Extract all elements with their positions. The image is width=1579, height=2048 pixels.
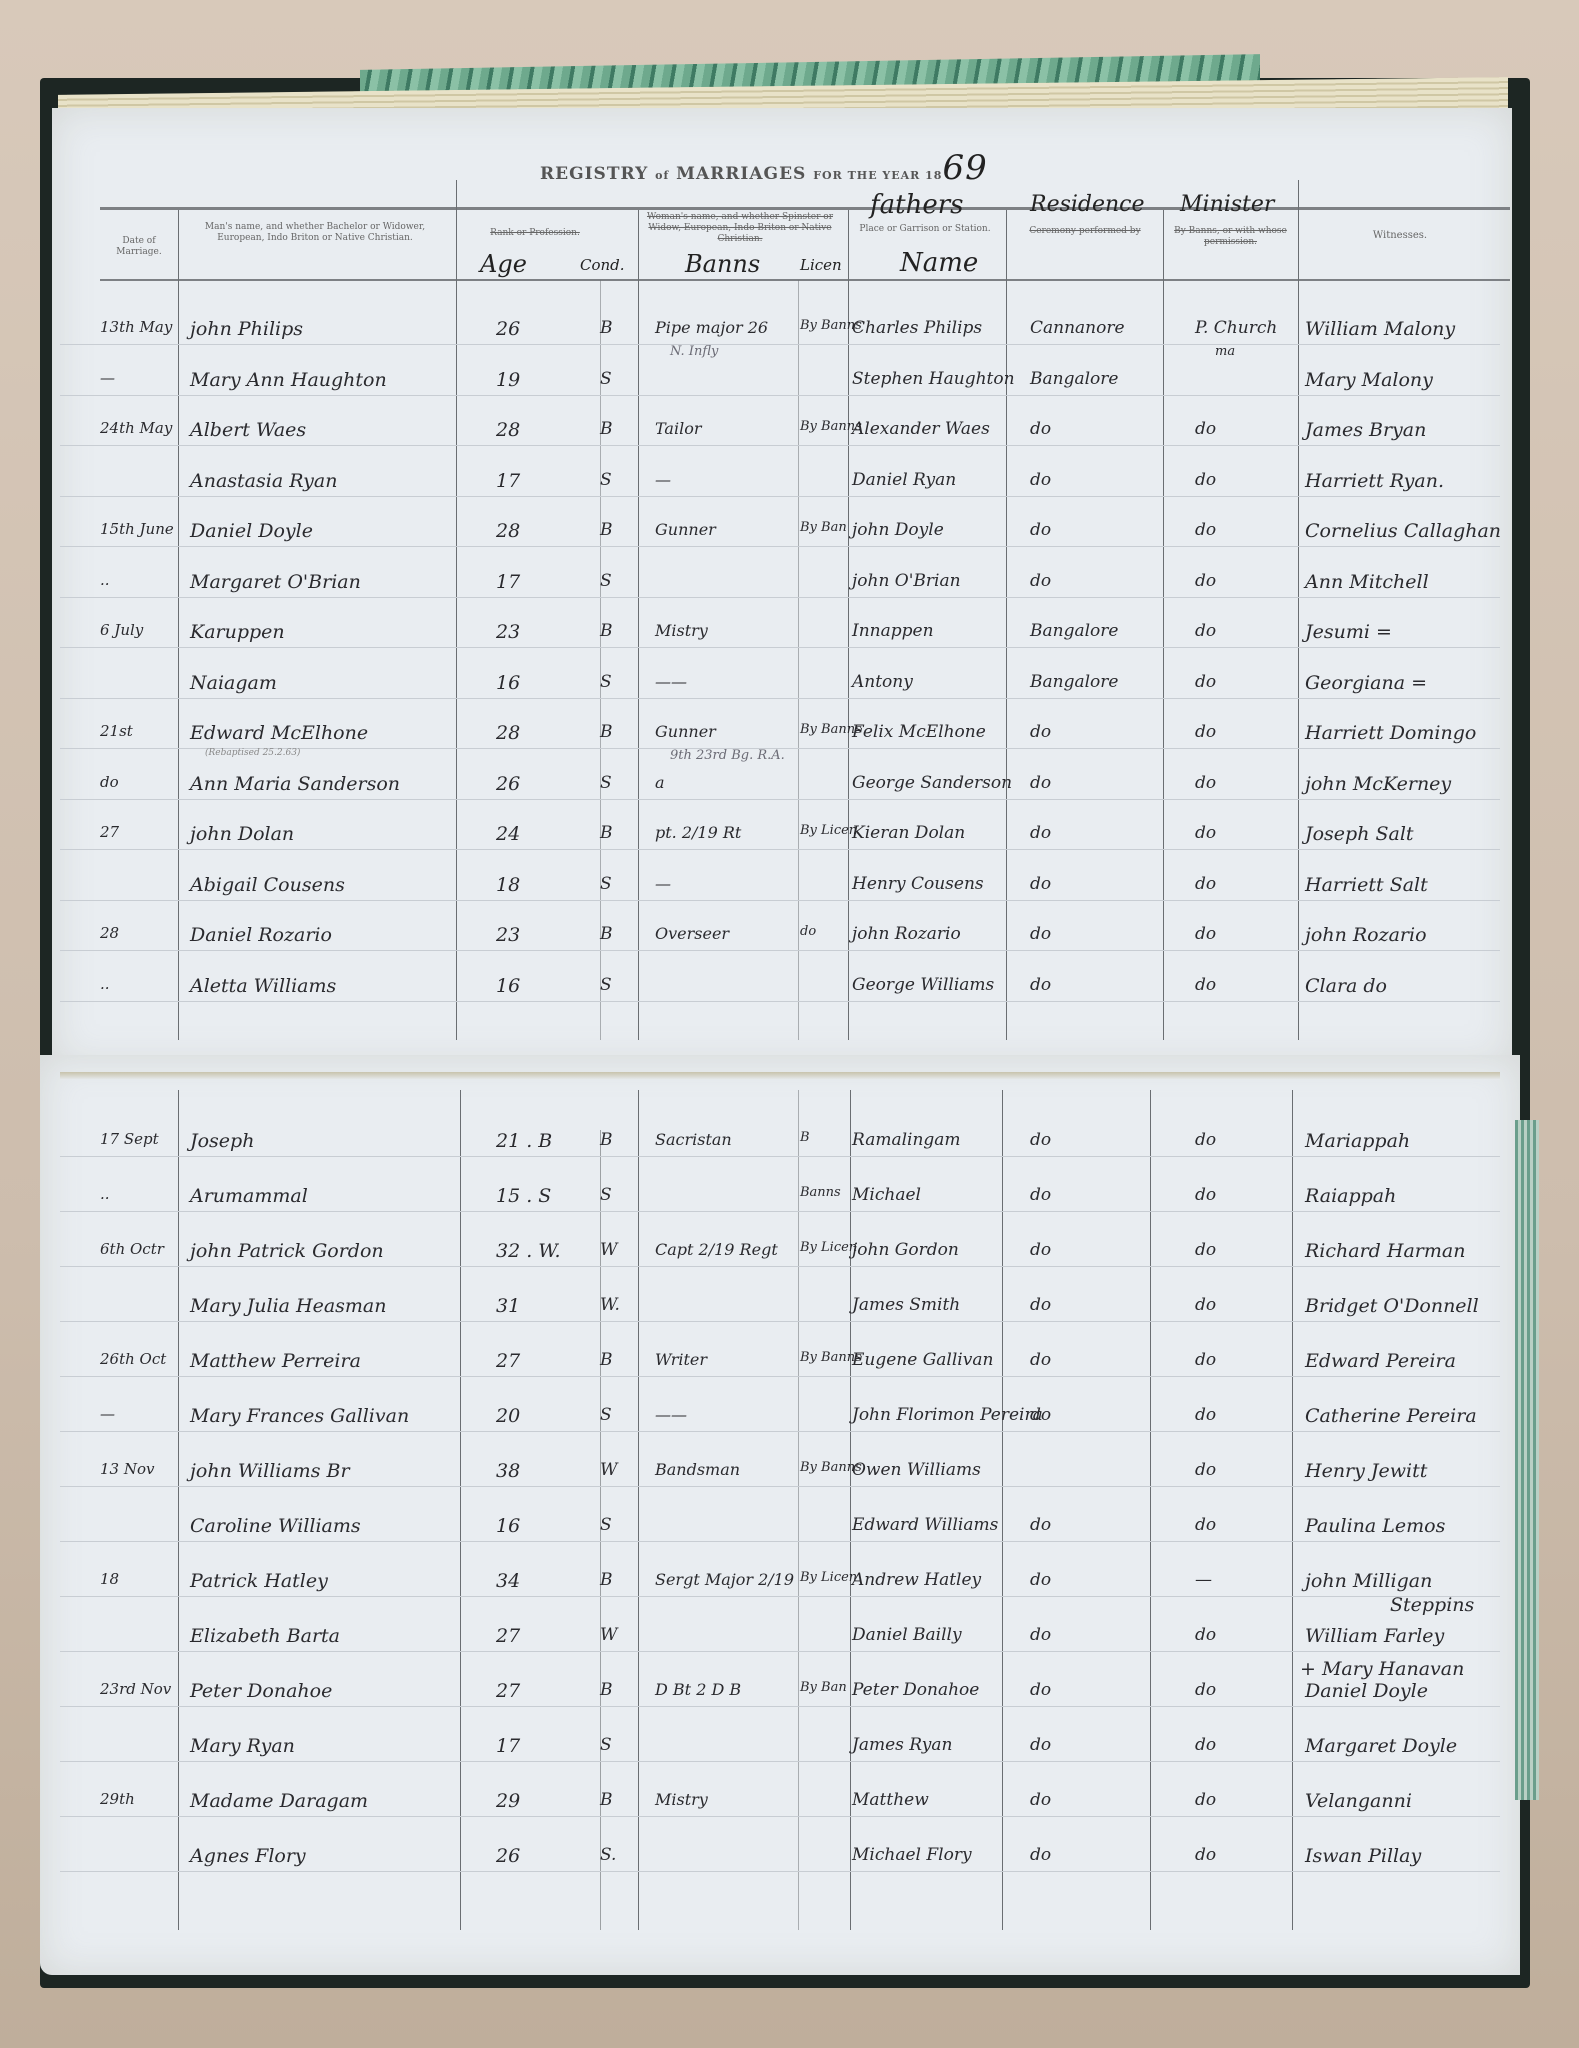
entry-min: do bbox=[1195, 823, 1216, 843]
entry-age: 38 bbox=[496, 1460, 520, 1482]
entry-wit: Richard Harman bbox=[1305, 1240, 1465, 1262]
title-year-handwritten: 69 bbox=[942, 148, 987, 188]
entry-name: Patrick Hatley bbox=[190, 1570, 328, 1592]
header-womans-name: Woman's name, and whether Spinster or Wi… bbox=[640, 212, 840, 245]
entry-witness-above: + Mary Hanavan bbox=[1300, 1658, 1464, 1680]
entry-father: john Gordon bbox=[852, 1240, 959, 1260]
ruled-line bbox=[60, 698, 1500, 699]
entry-min: do bbox=[1195, 419, 1216, 439]
ruled-line bbox=[60, 496, 1500, 497]
entry-age: 18 bbox=[496, 874, 520, 896]
entry-father: Edward Williams bbox=[852, 1515, 998, 1535]
entry-cond: B bbox=[600, 722, 613, 742]
col-line bbox=[848, 210, 849, 1040]
entry-cond: W bbox=[600, 1460, 617, 1480]
entry-date: 17 Sept bbox=[100, 1130, 159, 1148]
page-fold-shadow bbox=[60, 1072, 1500, 1080]
entry-wit: William Farley bbox=[1305, 1625, 1444, 1647]
entry-name: Naiagam bbox=[190, 672, 277, 694]
entry-age: 26 bbox=[496, 1845, 520, 1867]
entry-prof: Sacristan bbox=[655, 1130, 732, 1149]
entry-banns: By Licen bbox=[800, 1570, 857, 1585]
entry-min: do bbox=[1195, 773, 1216, 793]
entry-min: do bbox=[1195, 975, 1216, 995]
ruled-line bbox=[60, 395, 1500, 396]
entry-res: do bbox=[1030, 1185, 1051, 1205]
entry-res: do bbox=[1030, 520, 1051, 540]
entry-father: Stephen Haughton bbox=[852, 369, 1015, 389]
entry-prof: Tailor bbox=[655, 419, 701, 438]
entry-name: Elizabeth Barta bbox=[190, 1625, 340, 1647]
entry-name: john Williams Br bbox=[190, 1460, 350, 1482]
entry-res: Bangalore bbox=[1030, 621, 1118, 641]
title-of: of bbox=[655, 169, 669, 182]
entry-cond: B bbox=[600, 1130, 613, 1150]
ruled-line bbox=[60, 1871, 1500, 1872]
entry-cond: S bbox=[600, 470, 612, 490]
entry-name: john Dolan bbox=[190, 823, 294, 845]
header-ceremony-performed-by: Ceremony performed by bbox=[1010, 226, 1160, 237]
entry-res: do bbox=[1030, 874, 1051, 894]
entry-min: do bbox=[1195, 1185, 1216, 1205]
entry-prof: Overseer bbox=[655, 924, 729, 943]
entry-father: Ramalingam bbox=[852, 1130, 961, 1150]
entry-name: Madame Daragam bbox=[190, 1790, 368, 1812]
entry-father: Matthew bbox=[852, 1790, 929, 1810]
entry-age: 23 bbox=[496, 621, 520, 643]
entry-name: Margaret O'Brian bbox=[190, 571, 361, 593]
entry-cond: B bbox=[600, 1350, 613, 1370]
entry-res: do bbox=[1030, 1130, 1051, 1150]
entry-res: do bbox=[1030, 571, 1051, 591]
entry-res: do bbox=[1030, 1515, 1051, 1535]
ruled-line bbox=[60, 1706, 1500, 1707]
entry-name: Mary Ann Haughton bbox=[190, 369, 387, 391]
entry-res: do bbox=[1030, 1790, 1051, 1810]
entry-age: 28 bbox=[496, 419, 520, 441]
entry-prof-note: 9th 23rd Bg. R.A. bbox=[670, 748, 785, 763]
ruled-line bbox=[60, 1596, 1500, 1597]
entry-prof: Writer bbox=[655, 1350, 707, 1369]
entry-father: Michael bbox=[852, 1185, 921, 1205]
entry-age: 32 . W. bbox=[496, 1240, 561, 1262]
entry-min: do bbox=[1195, 1845, 1216, 1865]
entry-wit: Margaret Doyle bbox=[1305, 1735, 1457, 1757]
entry-name: john Philips bbox=[190, 318, 303, 340]
entry-wit: William Malony bbox=[1305, 318, 1455, 340]
entry-rebaptised-note: (Rebaptised 25.2.63) bbox=[205, 748, 300, 758]
entry-name: Agnes Flory bbox=[190, 1845, 306, 1867]
entry-wit: Catherine Pereira bbox=[1305, 1405, 1477, 1427]
entry-prof: a bbox=[655, 773, 665, 792]
entry-age: 34 bbox=[496, 1570, 520, 1592]
col-line bbox=[456, 180, 457, 1040]
entry-res: Bangalore bbox=[1030, 369, 1118, 389]
col-line bbox=[460, 1090, 461, 1930]
entry-father: john O'Brian bbox=[852, 571, 961, 591]
entry-father: George Williams bbox=[852, 975, 994, 995]
entry-cond: S bbox=[600, 1185, 612, 1205]
entry-date: — bbox=[100, 1405, 115, 1423]
entry-min: P. Church bbox=[1195, 318, 1277, 338]
entry-res: do bbox=[1030, 823, 1051, 843]
entry-name: Caroline Williams bbox=[190, 1515, 361, 1537]
entry-min: do bbox=[1195, 1130, 1216, 1150]
register-title: REGISTRY of MARRIAGES FOR THE YEAR 1869 bbox=[540, 148, 988, 188]
entry-father: Antony bbox=[852, 672, 913, 692]
entry-res: do bbox=[1030, 924, 1051, 944]
entry-prof-note: N. Infly bbox=[670, 344, 718, 359]
entry-age: 27 bbox=[496, 1350, 520, 1372]
entry-father: George Sanderson bbox=[852, 773, 1012, 793]
entry-banns: B bbox=[800, 1130, 810, 1145]
entry-cond: S bbox=[600, 672, 612, 692]
ruled-line bbox=[60, 1211, 1500, 1212]
entry-age: 15 . S bbox=[496, 1185, 551, 1207]
entry-name: Mary Frances Gallivan bbox=[190, 1405, 409, 1427]
entry-date: .. bbox=[100, 571, 110, 589]
entry-res: do bbox=[1030, 1735, 1051, 1755]
entry-father: Daniel Ryan bbox=[852, 470, 956, 490]
entry-cond: B bbox=[600, 419, 613, 439]
header-name-handwritten: Name bbox=[900, 248, 978, 278]
entry-father: Innappen bbox=[852, 621, 934, 641]
ruled-line bbox=[60, 546, 1500, 547]
entry-min: do bbox=[1195, 621, 1216, 641]
entry-age: 28 bbox=[496, 722, 520, 744]
entry-date: 13th May bbox=[100, 318, 172, 336]
entry-name: Peter Donahoe bbox=[190, 1680, 332, 1702]
entry-wit: Mariappah bbox=[1305, 1130, 1410, 1152]
entry-min: do bbox=[1195, 924, 1216, 944]
entry-wit: James Bryan bbox=[1305, 419, 1426, 441]
entry-name: Mary Ryan bbox=[190, 1735, 295, 1757]
entry-prof: D Bt 2 D B bbox=[655, 1680, 741, 1699]
col-line bbox=[798, 1090, 799, 1930]
entry-res: do bbox=[1030, 1295, 1051, 1315]
entry-min: do bbox=[1195, 1240, 1216, 1260]
entry-name: Karuppen bbox=[190, 621, 285, 643]
entry-res: do bbox=[1030, 975, 1051, 995]
entry-age: 27 bbox=[496, 1625, 520, 1647]
entry-res: do bbox=[1030, 1350, 1051, 1370]
entry-father: John Florimon Pereira bbox=[852, 1405, 1043, 1425]
entry-cond: B bbox=[600, 1790, 613, 1810]
header-residence-handwritten: Residence bbox=[1030, 192, 1145, 217]
entry-name: Arumammal bbox=[190, 1185, 308, 1207]
entry-wit: john Rozario bbox=[1305, 924, 1427, 946]
entry-age: 17 bbox=[496, 571, 520, 593]
entry-wit: john Milligan bbox=[1305, 1570, 1432, 1592]
entry-min: do bbox=[1195, 1405, 1216, 1425]
entry-age: 20 bbox=[496, 1405, 520, 1427]
entry-res: do bbox=[1030, 773, 1051, 793]
col-line bbox=[850, 1090, 851, 1930]
entry-father: john Doyle bbox=[852, 520, 944, 540]
ruled-line bbox=[60, 1431, 1500, 1432]
entry-cond: B bbox=[600, 1680, 613, 1700]
entry-prof: —— bbox=[655, 672, 687, 691]
entry-age: 16 bbox=[496, 672, 520, 694]
entry-age: 16 bbox=[496, 1515, 520, 1537]
entry-prof: Capt 2/19 Regt bbox=[655, 1240, 778, 1259]
entry-age: 19 bbox=[496, 369, 520, 391]
title-marriages: MARRIAGES bbox=[676, 164, 806, 184]
entry-res: do bbox=[1030, 1570, 1051, 1590]
entry-age: 26 bbox=[496, 773, 520, 795]
entry-wit: Joseph Salt bbox=[1305, 823, 1414, 845]
header-mans-name: Man's name, and whether Bachelor or Wido… bbox=[185, 222, 445, 244]
entry-cond: B bbox=[600, 621, 613, 641]
entry-date: 21st bbox=[100, 722, 133, 740]
entry-res: do bbox=[1030, 1240, 1051, 1260]
entry-min: do bbox=[1195, 1790, 1216, 1810]
entry-age: 23 bbox=[496, 924, 520, 946]
entry-minister-note: ma bbox=[1215, 344, 1235, 359]
entry-cond: S. bbox=[600, 1845, 616, 1865]
entry-wit: Daniel Doyle bbox=[1305, 1680, 1428, 1702]
entry-name: Mary Julia Heasman bbox=[190, 1295, 387, 1317]
col-line bbox=[1292, 1090, 1293, 1930]
entry-age: 29 bbox=[496, 1790, 520, 1812]
entry-date: 6 July bbox=[100, 621, 143, 639]
entry-date: .. bbox=[100, 1185, 110, 1203]
entry-cond: B bbox=[600, 520, 613, 540]
entry-date: do bbox=[100, 773, 119, 791]
entry-cond: S bbox=[600, 874, 612, 894]
entry-cond: S bbox=[600, 773, 612, 793]
entry-min: do bbox=[1195, 672, 1216, 692]
entry-wit: Mary Malony bbox=[1305, 369, 1433, 391]
entry-res: do bbox=[1030, 419, 1051, 439]
entry-wit: Raiappah bbox=[1305, 1185, 1396, 1207]
col-line bbox=[178, 210, 179, 1040]
ruled-line bbox=[60, 1816, 1500, 1817]
entry-cond: B bbox=[600, 318, 613, 338]
entry-prof: pt. 2/19 Rt bbox=[655, 823, 741, 842]
entry-res: do bbox=[1030, 1680, 1051, 1700]
entry-wit: Clara do bbox=[1305, 975, 1387, 997]
entry-date: 15th June bbox=[100, 520, 174, 538]
entry-name: Anastasia Ryan bbox=[190, 470, 337, 492]
title-for-the-year: FOR THE YEAR 18 bbox=[813, 169, 942, 182]
entry-father: Felix McElhone bbox=[852, 722, 986, 742]
entry-date: 27 bbox=[100, 823, 119, 841]
entry-res: do bbox=[1030, 1405, 1051, 1425]
entry-wit: Harriett Ryan. bbox=[1305, 470, 1444, 492]
col-line bbox=[638, 210, 639, 1040]
header-by-banns: By Banns, or with whose permission. bbox=[1168, 226, 1293, 248]
entry-min: do bbox=[1195, 1295, 1216, 1315]
entry-wit: Jesumi = bbox=[1305, 621, 1392, 643]
entry-name: Joseph bbox=[190, 1130, 254, 1152]
entry-prof: — bbox=[655, 470, 671, 489]
entry-prof: Gunner bbox=[655, 520, 716, 539]
header-place-garrison: Place or Garrison or Station. bbox=[855, 224, 995, 235]
col-line bbox=[1006, 210, 1007, 1040]
entry-banns: By Ban bbox=[800, 520, 847, 535]
entry-age: 17 bbox=[496, 1735, 520, 1757]
entry-min: do bbox=[1195, 470, 1216, 490]
entry-father: Daniel Bailly bbox=[852, 1625, 962, 1645]
entry-age: 31 bbox=[496, 1295, 520, 1317]
header-age-handwritten: Age bbox=[480, 250, 527, 278]
entry-min: do bbox=[1195, 1350, 1216, 1370]
ruled-line bbox=[60, 1541, 1500, 1542]
entry-date: 23rd Nov bbox=[100, 1680, 171, 1698]
entry-wit: Bridget O'Donnell bbox=[1305, 1295, 1479, 1317]
ruled-line bbox=[60, 1486, 1500, 1487]
entry-prof: Mistry bbox=[655, 1790, 708, 1809]
ruled-line bbox=[60, 647, 1500, 648]
entry-min: do bbox=[1195, 1735, 1216, 1755]
ruled-line bbox=[60, 1376, 1500, 1377]
entry-date: 18 bbox=[100, 1570, 119, 1588]
entry-banns: By Ban bbox=[800, 1680, 847, 1695]
entry-name: Albert Waes bbox=[190, 419, 306, 441]
entry-date: 26th Oct bbox=[100, 1350, 166, 1368]
entry-cond: B bbox=[600, 823, 613, 843]
entry-date: — bbox=[100, 369, 115, 387]
entry-res: Bangalore bbox=[1030, 672, 1118, 692]
entry-age: 16 bbox=[496, 975, 520, 997]
ruled-line bbox=[60, 1266, 1500, 1267]
entry-prof: Gunner bbox=[655, 722, 716, 741]
col-line bbox=[1150, 1090, 1151, 1930]
entry-min: — bbox=[1195, 1570, 1212, 1590]
col-line bbox=[638, 1090, 639, 1930]
entry-min: do bbox=[1195, 874, 1216, 894]
entry-banns: do bbox=[800, 924, 816, 939]
title-registry: REGISTRY bbox=[540, 164, 648, 184]
entry-wit: Cornelius Callaghan bbox=[1305, 520, 1501, 542]
entry-res: do bbox=[1030, 470, 1051, 490]
entry-father: James Ryan bbox=[852, 1735, 952, 1755]
entry-cond: W bbox=[600, 1625, 617, 1645]
header-rank-profession: Rank or Profession. bbox=[460, 228, 610, 239]
entry-wit: Ann Mitchell bbox=[1305, 571, 1429, 593]
entry-wit: Iswan Pillay bbox=[1305, 1845, 1421, 1867]
col-line bbox=[1163, 210, 1164, 1040]
entry-age: 27 bbox=[496, 1680, 520, 1702]
entry-witness-2: Steppins bbox=[1390, 1594, 1474, 1616]
entry-min: do bbox=[1195, 520, 1216, 540]
entry-name: Daniel Rozario bbox=[190, 924, 332, 946]
ruled-line bbox=[60, 900, 1500, 901]
entry-prof: —— bbox=[655, 1405, 687, 1424]
entry-date: 6th Octr bbox=[100, 1240, 164, 1258]
header-witnesses: Witnesses. bbox=[1300, 230, 1500, 241]
entry-wit: Harriett Salt bbox=[1305, 874, 1428, 896]
entry-min: do bbox=[1195, 1625, 1216, 1645]
entry-cond: S bbox=[600, 571, 612, 591]
entry-father: john Rozario bbox=[852, 924, 961, 944]
entry-res: Cannanore bbox=[1030, 318, 1125, 338]
entry-father: Peter Donahoe bbox=[852, 1680, 979, 1700]
entry-res: do bbox=[1030, 1845, 1051, 1865]
entry-name: john Patrick Gordon bbox=[190, 1240, 384, 1262]
marbled-spine bbox=[1515, 1120, 1539, 1800]
header-date-of-marriage: Date of Marriage. bbox=[100, 236, 178, 258]
entry-father: Alexander Waes bbox=[852, 419, 990, 439]
ruled-line bbox=[60, 950, 1500, 951]
entry-cond: B bbox=[600, 1570, 613, 1590]
entry-age: 26 bbox=[496, 318, 520, 340]
entry-date: 13 Nov bbox=[100, 1460, 155, 1478]
entry-cond: S bbox=[600, 1735, 612, 1755]
entry-father: Kieran Dolan bbox=[852, 823, 965, 843]
ruled-line bbox=[60, 1761, 1500, 1762]
entry-wit: Georgiana = bbox=[1305, 672, 1427, 694]
entry-min: do bbox=[1195, 722, 1216, 742]
col-line bbox=[1002, 1090, 1003, 1930]
entry-cond: B bbox=[600, 924, 613, 944]
entry-cond: S bbox=[600, 369, 612, 389]
header-license-handwritten: Licen bbox=[800, 256, 842, 274]
entry-date: .. bbox=[100, 975, 110, 993]
entry-father: Henry Cousens bbox=[852, 874, 984, 894]
ruled-line bbox=[60, 1321, 1500, 1322]
entry-wit: Harriett Domingo bbox=[1305, 722, 1476, 744]
entry-res: do bbox=[1030, 1625, 1051, 1645]
entry-prof: Pipe major 26 bbox=[655, 318, 768, 337]
ruled-line bbox=[60, 849, 1500, 850]
ruled-line bbox=[60, 344, 1500, 345]
entry-min: do bbox=[1195, 571, 1216, 591]
entry-age: 17 bbox=[496, 470, 520, 492]
entry-age: 24 bbox=[496, 823, 520, 845]
entry-name: Abigail Cousens bbox=[190, 874, 345, 896]
entry-name: Aletta Williams bbox=[190, 975, 336, 997]
header-banns-handwritten: Banns bbox=[685, 250, 760, 278]
entry-cond: S bbox=[600, 1405, 612, 1425]
entry-prof: Mistry bbox=[655, 621, 708, 640]
header-fathers-handwritten: fathers bbox=[870, 190, 963, 220]
entry-prof: — bbox=[655, 874, 671, 893]
entry-age: 28 bbox=[496, 520, 520, 542]
entry-name: Ann Maria Sanderson bbox=[190, 773, 400, 795]
entry-date: 28 bbox=[100, 924, 119, 942]
entry-father: James Smith bbox=[852, 1295, 960, 1315]
header-condition-handwritten: Cond. bbox=[580, 256, 625, 274]
entry-cond: W. bbox=[600, 1295, 620, 1315]
entry-father: Andrew Hatley bbox=[852, 1570, 981, 1590]
entry-name: Matthew Perreira bbox=[190, 1350, 361, 1372]
col-line bbox=[178, 1090, 179, 1930]
entry-wit: john McKerney bbox=[1305, 773, 1451, 795]
ruled-line bbox=[60, 1001, 1500, 1002]
entry-wit: Velanganni bbox=[1305, 1790, 1412, 1812]
ruled-line bbox=[60, 597, 1500, 598]
col-line bbox=[1298, 180, 1299, 1040]
entry-cond: S bbox=[600, 975, 612, 995]
ruled-line bbox=[60, 445, 1500, 446]
entry-father: Owen Williams bbox=[852, 1460, 981, 1480]
ruled-line bbox=[60, 1156, 1500, 1157]
entry-min: do bbox=[1195, 1680, 1216, 1700]
entry-prof: Bandsman bbox=[655, 1460, 740, 1479]
entry-prof: Sergt Major 2/19 bbox=[655, 1570, 794, 1589]
entry-father: Eugene Gallivan bbox=[852, 1350, 993, 1370]
entry-cond: S bbox=[600, 1515, 612, 1535]
ruled-line bbox=[60, 799, 1500, 800]
entry-name: Edward McElhone bbox=[190, 722, 368, 744]
entry-date: 24th May bbox=[100, 419, 172, 437]
entry-min: do bbox=[1195, 1515, 1216, 1535]
entry-res: do bbox=[1030, 722, 1051, 742]
entry-banns: By Licen bbox=[800, 823, 857, 838]
entry-banns: Banns bbox=[800, 1185, 841, 1200]
